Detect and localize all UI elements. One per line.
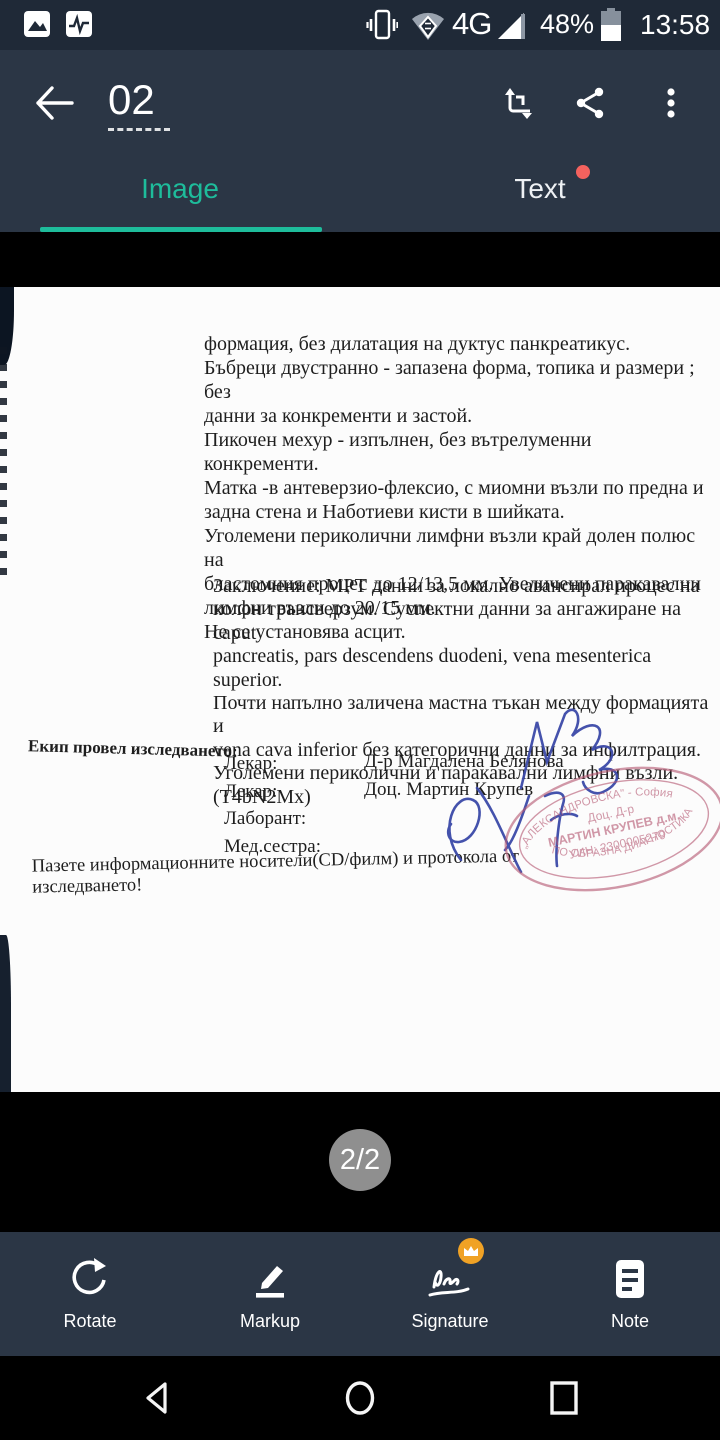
doc-line: Заключение: МРТ данни за локално авансир… (213, 575, 713, 598)
page-indicator-label: 2/2 (340, 1144, 380, 1177)
role-label: Лаборант: (224, 808, 306, 830)
rotate-label: Rotate (63, 1311, 116, 1332)
bottom-toolbar: Rotate Markup Signature (0, 1232, 720, 1356)
clock-label: 13:58 (640, 9, 710, 41)
doc-line: формация, без дилатация на дуктус панкре… (204, 332, 709, 356)
doc-line: данни за конкременти и застой. (204, 404, 709, 428)
crop-rotate-icon[interactable] (500, 86, 534, 120)
signature-label: Signature (411, 1311, 488, 1332)
nav-recents-icon[interactable] (546, 1380, 582, 1416)
text-tab-badge-dot (576, 165, 590, 179)
wifi-vpn-icon (410, 10, 446, 42)
vibrate-icon (366, 9, 398, 41)
doc-line: колон трансверзум. Суспектни данни за ан… (213, 598, 713, 645)
activity-notification-icon (66, 11, 92, 37)
network-type-label: 4G (452, 6, 491, 42)
tab-image[interactable]: Image (0, 145, 360, 232)
crown-icon (463, 1245, 479, 1258)
nav-home-icon[interactable] (342, 1380, 378, 1416)
back-arrow-icon[interactable] (34, 84, 76, 124)
markup-label: Markup (240, 1311, 300, 1332)
rotate-button[interactable]: Rotate (0, 1232, 180, 1356)
role-label: Лекар: (224, 781, 277, 803)
note-label: Note (611, 1311, 649, 1332)
premium-crown-badge (458, 1238, 484, 1264)
battery-percent-label: 48% (540, 9, 594, 40)
battery-icon (600, 8, 622, 42)
doc-line: pancreatis, pars descendens duodeni, ven… (213, 645, 713, 692)
scan-edge-artifact (0, 347, 7, 577)
doc-line: Пикочен мехур - изпълнен, без вътрелумен… (204, 428, 709, 476)
title-edit-underline (108, 128, 170, 131)
tab-text-label: Text (514, 173, 565, 205)
tab-image-label: Image (141, 173, 219, 205)
android-navbar (0, 1356, 720, 1440)
screen: 4G 48% 13:58 02 (0, 0, 720, 1440)
signature-button[interactable]: Signature (360, 1232, 540, 1356)
share-icon[interactable] (574, 86, 608, 120)
overflow-menu-icon[interactable] (654, 86, 688, 120)
nav-back-icon[interactable] (140, 1380, 176, 1416)
doc-line: Бъбреци двустранно - запазена форма, топ… (204, 356, 709, 404)
tab-text[interactable]: Text (360, 145, 720, 232)
status-bar: 4G 48% 13:58 (0, 0, 720, 50)
role-label: Лекар: (224, 753, 277, 775)
tab-bar: Image Text (0, 145, 720, 232)
scanned-page[interactable]: формация, без дилатация на дуктус панкре… (0, 287, 720, 1092)
gallery-notification-icon (24, 11, 50, 37)
note-icon (608, 1257, 652, 1301)
doc-line: задна стена и Наботиеви кисти в шийката. (204, 500, 709, 524)
page-indicator: 2/2 (329, 1129, 391, 1191)
document-viewer[interactable]: формация, без дилатация на дуктус панкре… (0, 232, 720, 1232)
markup-icon (248, 1257, 292, 1301)
app-header: 02 (0, 50, 720, 145)
note-button[interactable]: Note (540, 1232, 720, 1356)
markup-button[interactable]: Markup (180, 1232, 360, 1356)
doc-line: Матка -в антеверзио-флексио, с миомни въ… (204, 476, 709, 500)
doc-line: Уголемени периколични лимфни възли край … (204, 524, 709, 572)
rotate-icon (68, 1257, 112, 1301)
signal-strength-icon (496, 11, 526, 41)
team-heading: Екип провел изследването: (28, 736, 238, 761)
scan-edge-artifact (0, 935, 11, 1092)
document-title[interactable]: 02 (108, 76, 155, 124)
